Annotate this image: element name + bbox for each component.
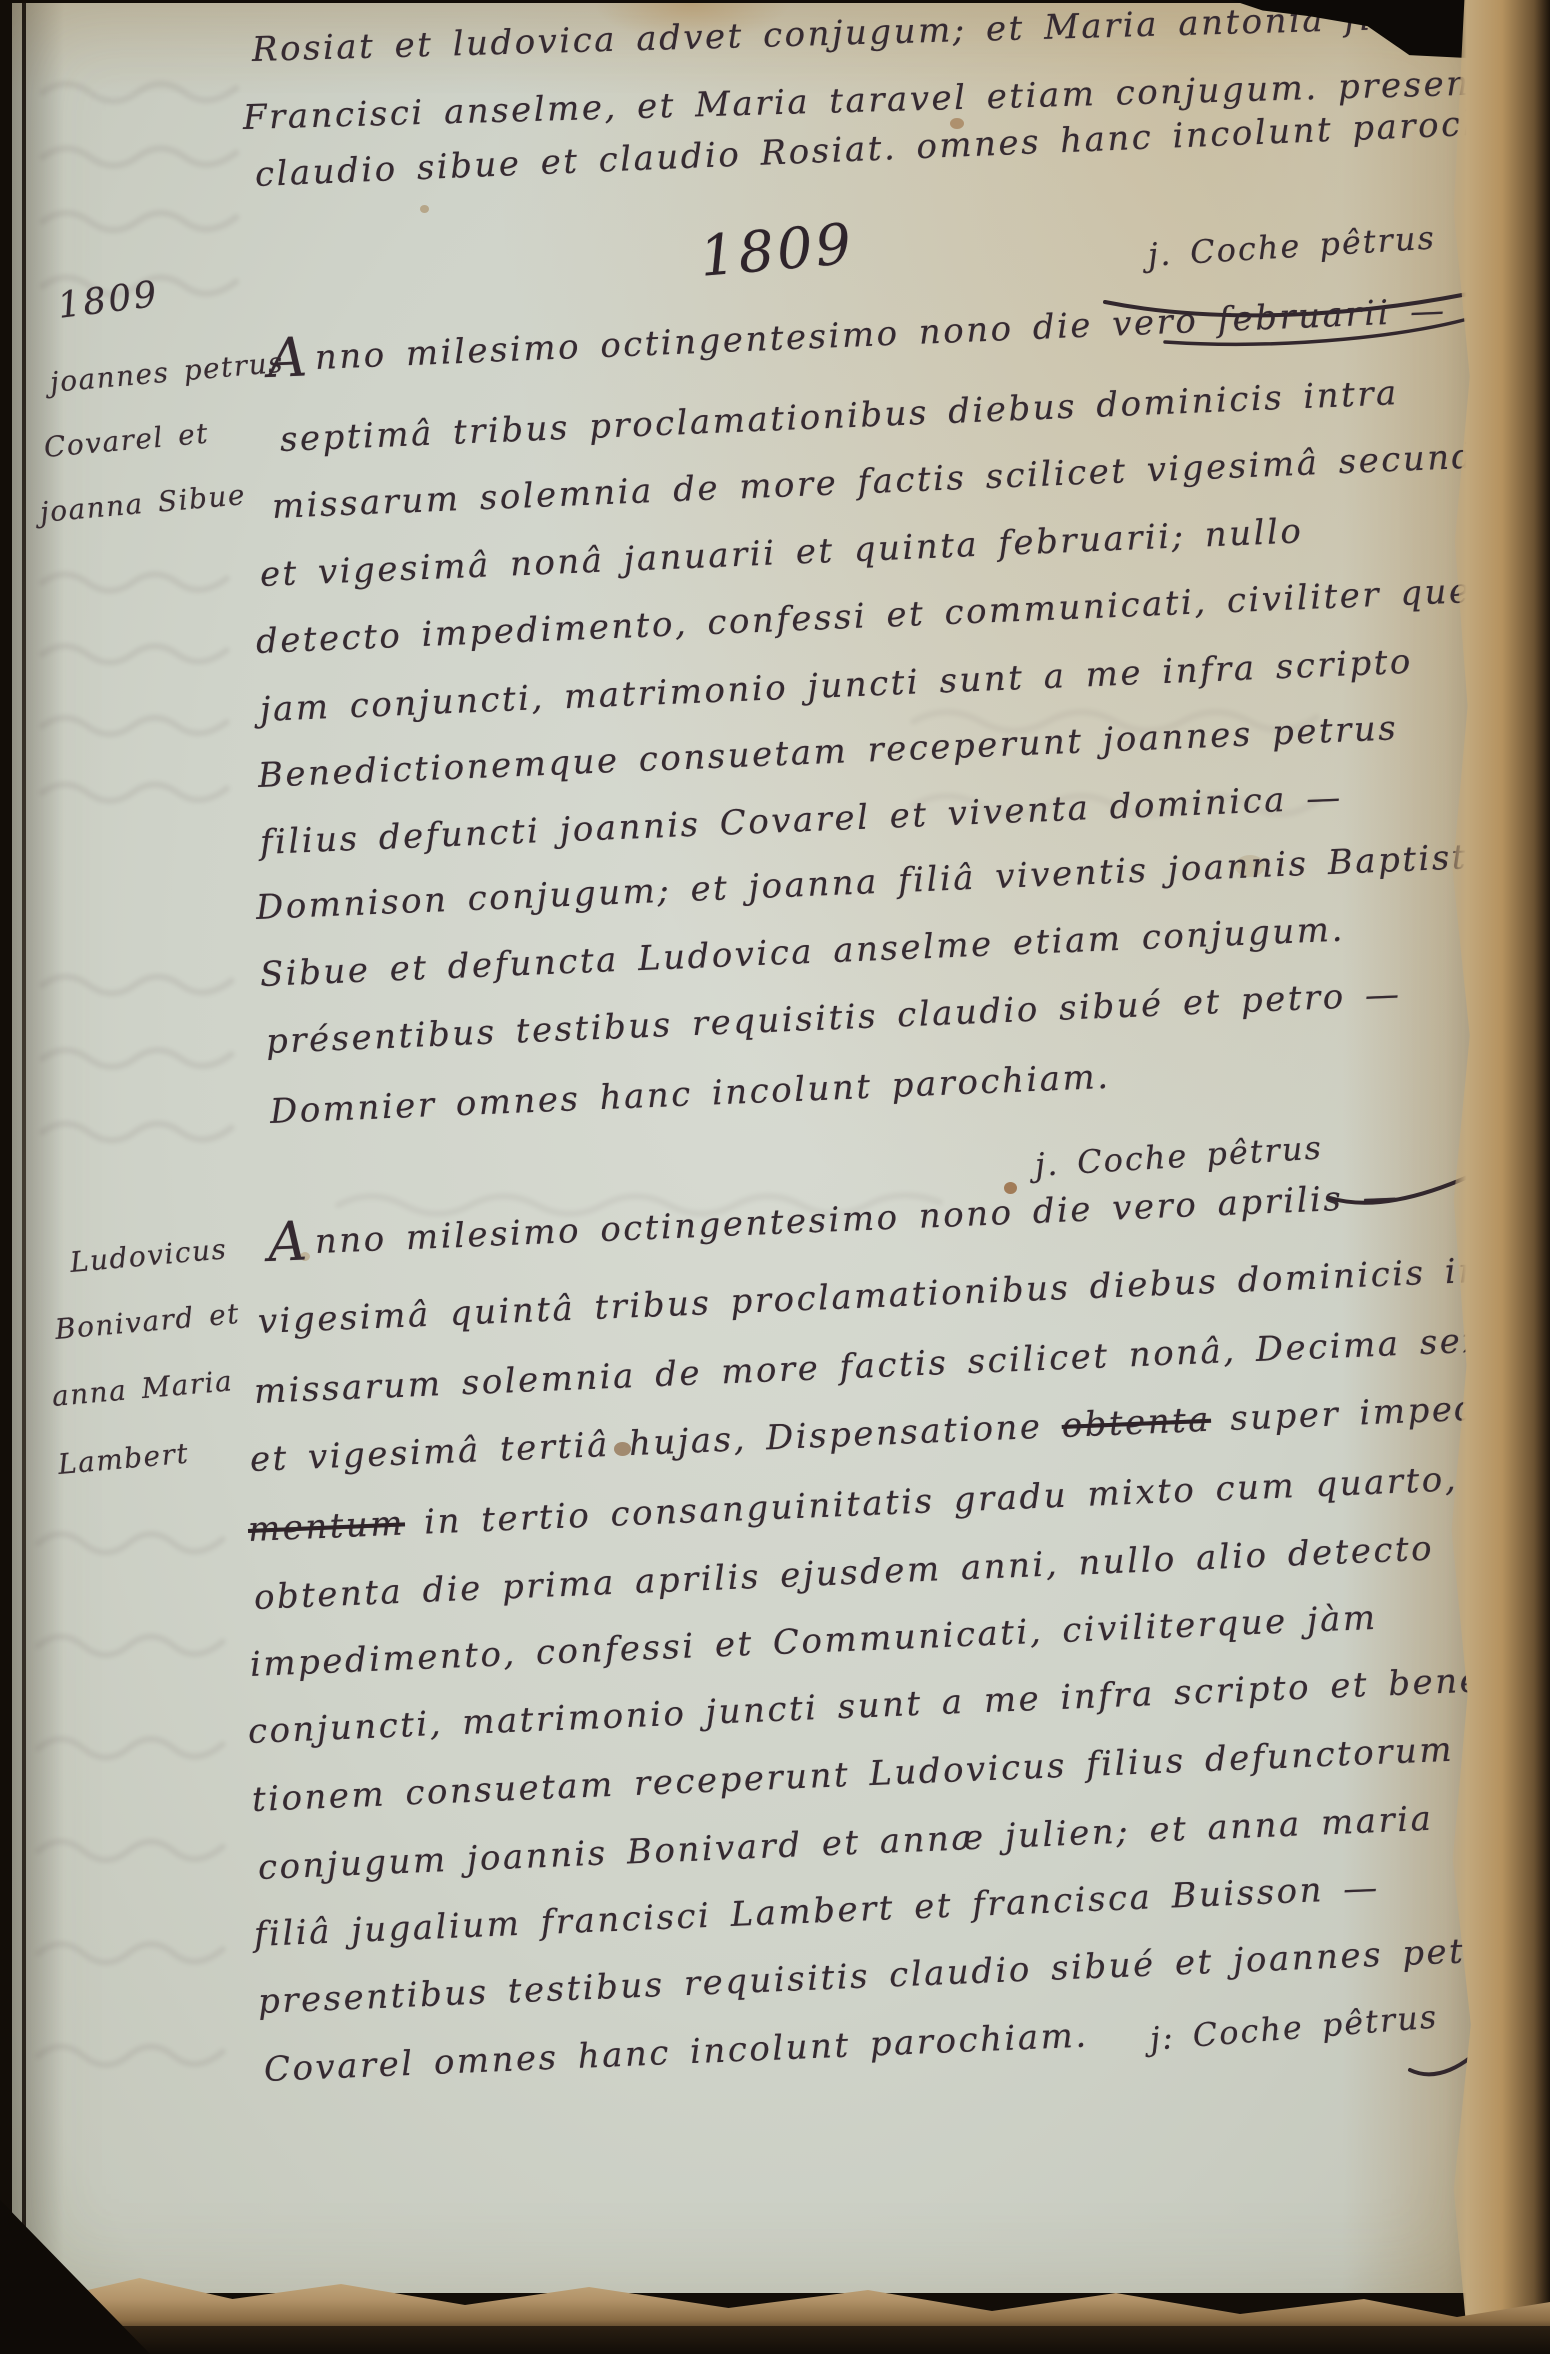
register-year-heading: 1809 bbox=[697, 212, 857, 290]
table-shadow-bottom bbox=[0, 2326, 1550, 2354]
record-1-initial-capital: A bbox=[267, 325, 309, 390]
record-2-line-5-struck-word: mentum bbox=[247, 1503, 406, 1550]
manuscript-photo: { "colors": { "ink": "#352a31", "paper":… bbox=[0, 0, 1550, 2354]
record-2-initial-capital: A bbox=[267, 1209, 309, 1274]
bleedthrough-ghost-text bbox=[34, 560, 239, 810]
bleedthrough-ghost-text bbox=[30, 1500, 235, 2140]
bleedthrough-ghost-text bbox=[34, 960, 244, 1220]
foxing-spot bbox=[420, 205, 429, 213]
record-2-line-4-struck-word: obtenta bbox=[1061, 1400, 1212, 1446]
binding-gutter-line bbox=[22, 0, 26, 2354]
